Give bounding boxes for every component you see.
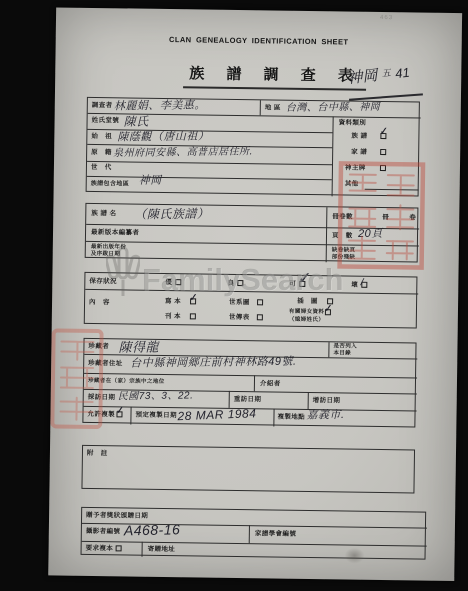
mailing-address-label: 寄贈地址 bbox=[148, 547, 176, 554]
lineage-table-label: 世傳表 bbox=[229, 315, 250, 322]
lineage-chart-checkbox bbox=[257, 299, 263, 305]
red-collection-seal-right bbox=[337, 160, 427, 270]
printed-checkbox bbox=[190, 313, 196, 319]
photographer-number-label: 攝影者編號 bbox=[86, 529, 121, 536]
rule bbox=[254, 375, 255, 391]
rule bbox=[229, 391, 230, 408]
collector-address-value: 台中縣神岡鄉庄前村神林路49號. bbox=[130, 357, 296, 370]
area-value: 台灣、台中縣、神岡 bbox=[286, 103, 381, 114]
collector-table: 珍藏者 陳得龍 是否列入 本目錄 珍藏者住址 台中縣神岡鄉庄前村神林路49號. … bbox=[82, 338, 416, 428]
rule bbox=[130, 407, 131, 425]
printed-label: 刊 本 bbox=[165, 314, 181, 321]
additional-visit-date-label: 增訪日期 bbox=[313, 398, 341, 405]
form-title-chinese: 族 譜 調 查 表 bbox=[183, 62, 366, 91]
rule bbox=[332, 116, 334, 196]
material-family-label: 家 譜 bbox=[351, 150, 367, 157]
scheduled-copy-date-label: 預定複製日期 bbox=[135, 413, 176, 420]
coverage-value: 神岡 bbox=[139, 176, 162, 187]
rule bbox=[82, 541, 427, 547]
annotation-number: 41 bbox=[394, 65, 410, 81]
rule bbox=[260, 100, 261, 115]
surname-value: 陳氏 bbox=[124, 115, 149, 127]
material-family-checkbox bbox=[380, 149, 386, 155]
origin-label: 原 籍 bbox=[91, 150, 112, 157]
manuscript-label: 寫 本 bbox=[165, 299, 181, 306]
condition-poor-mark: ∕ bbox=[361, 278, 364, 287]
coverage-label: 族譜包含地區 bbox=[91, 181, 129, 188]
registry-table: 贈予者獎狀頒贈日期 攝影者編號 A468-16 家譜學會編號 要求複本 寄贈地址 bbox=[81, 507, 427, 560]
rule bbox=[87, 176, 332, 180]
first-ancestor-value: 陳蔭觀（唐山祖） bbox=[117, 131, 209, 143]
lineage-chart-label: 世系圖 bbox=[229, 300, 250, 307]
copy-request-label: 要求複本 bbox=[86, 546, 114, 553]
form-title-english: CLAN GENEALOGY IDENTIFICATION SHEET bbox=[56, 33, 462, 48]
rule bbox=[249, 525, 250, 543]
paper-stain bbox=[344, 548, 364, 564]
rule bbox=[308, 392, 309, 409]
interview-date-value: 民國73、3、22. bbox=[118, 391, 194, 402]
listed-label-2: 本目錄 bbox=[333, 351, 351, 357]
rule bbox=[273, 409, 274, 427]
notes-table: 附 註 bbox=[81, 445, 415, 494]
illustration-label: 插 圖 bbox=[297, 299, 318, 306]
compiler-label: 最新版本編纂者 bbox=[91, 230, 139, 237]
microfilm-frame: 463 CLAN GENEALOGY IDENTIFICATION SHEET … bbox=[0, 0, 468, 591]
collector-value: 陳得龍 bbox=[118, 340, 159, 353]
surveyor-value: 林麗娟、李美惠。 bbox=[114, 100, 206, 112]
rule bbox=[142, 542, 143, 557]
scheduled-copy-date-value: 28 MAR 1984 bbox=[177, 407, 256, 422]
contents-label: 內 容 bbox=[89, 300, 110, 307]
women-data-label: 有關婦女資料 bbox=[289, 310, 324, 316]
genealogy-name-value: （陳氏族譜） bbox=[134, 208, 209, 221]
listed-label-1: 是否列入 bbox=[333, 344, 357, 350]
red-collection-seal-left bbox=[50, 327, 103, 430]
genealogy-name-label: 族 譜 名 bbox=[91, 211, 116, 218]
familysearch-tree-icon bbox=[106, 246, 140, 298]
lineage-table-checkbox bbox=[257, 314, 263, 320]
photographer-number-value: A468-16 bbox=[124, 522, 181, 537]
annotation-place: 神岡 bbox=[347, 67, 379, 87]
familysearch-watermark: FamilySearch bbox=[106, 246, 344, 298]
society-number-label: 家譜學會編號 bbox=[255, 531, 296, 538]
generation-label: 世 代 bbox=[91, 165, 112, 172]
rule bbox=[328, 342, 329, 357]
condition-poor-label: 壞 bbox=[351, 283, 358, 290]
revisit-date-label: 重訪日期 bbox=[234, 397, 262, 404]
origin-value: 泉州府同安縣、高普店居住所. bbox=[113, 147, 253, 159]
women-data-check: ✓ bbox=[323, 304, 332, 314]
first-ancestor-label: 始 祖 bbox=[91, 134, 112, 141]
women-data-sub-label: （媳婦姓氏） bbox=[289, 318, 324, 324]
introducer-label: 介紹者 bbox=[260, 381, 281, 388]
copy-place-value: 嘉義市. bbox=[306, 410, 344, 421]
copy-place-label: 複製地點 bbox=[277, 415, 305, 422]
donor-award-date-label: 贈予者獎狀頒贈日期 bbox=[86, 513, 148, 520]
copy-permission-check: ✓ bbox=[115, 406, 124, 416]
surname-label: 姓氏堂號 bbox=[92, 118, 120, 125]
material-type-label: 資料類別 bbox=[339, 120, 367, 127]
surveyor-label: 調查者 bbox=[92, 103, 113, 110]
annotation-underline bbox=[349, 93, 423, 100]
material-genealogy-label: 族 譜 bbox=[351, 134, 367, 141]
area-label: 地 區 bbox=[265, 105, 281, 112]
frame-number: 463 bbox=[380, 15, 393, 21]
material-genealogy-check: ✓ bbox=[379, 126, 388, 136]
annotation-sub: 五 bbox=[381, 68, 391, 79]
rule bbox=[87, 161, 332, 165]
watermark-text: FamilySearch bbox=[142, 262, 344, 298]
notes-label: 附 註 bbox=[87, 451, 108, 458]
copy-request-checkbox bbox=[116, 545, 122, 551]
